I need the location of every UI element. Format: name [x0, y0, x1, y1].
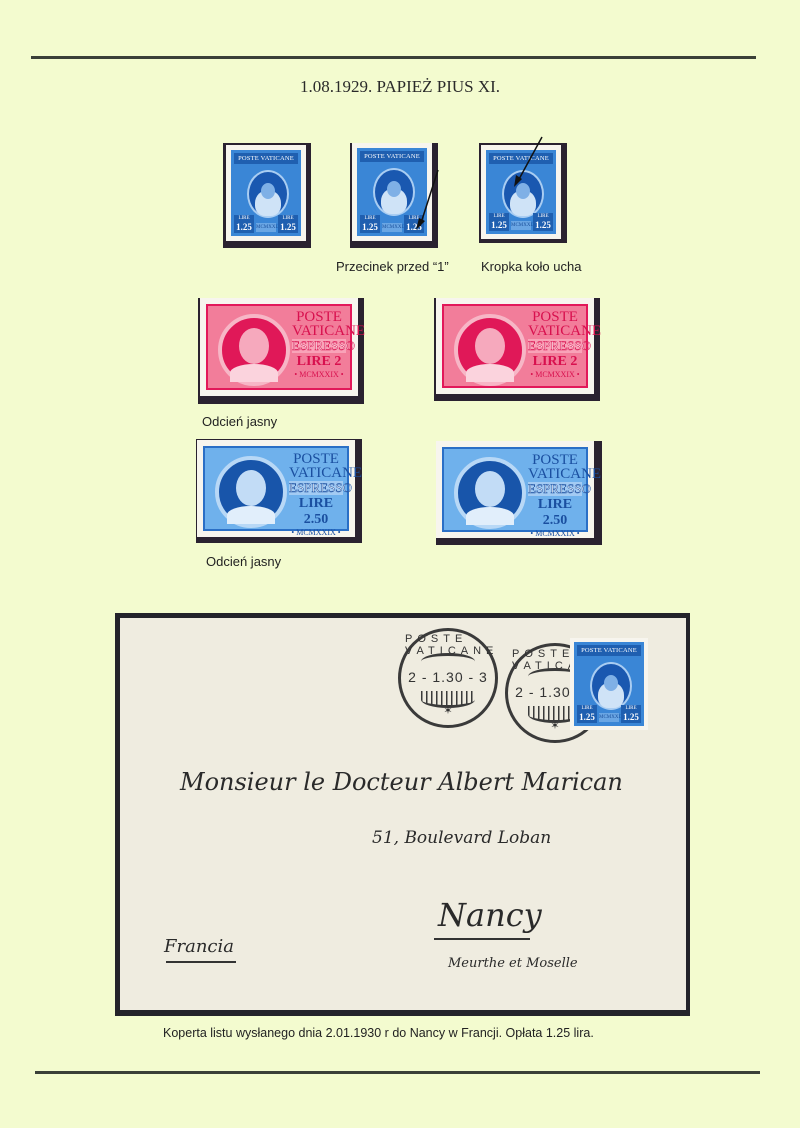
cover-caption: Koperta listu wysłanego dnia 2.01.1930 r…: [163, 1026, 594, 1040]
address-city: Nancy: [438, 896, 542, 934]
bottom-rule: [35, 1071, 760, 1074]
caption-light-shade-red: Odcień jasny: [202, 414, 277, 429]
address-region: Meurthe et Moselle: [448, 956, 578, 971]
star-icon: ✶: [401, 704, 495, 717]
caption-light-shade-blue: Odcień jasny: [206, 554, 281, 569]
address-country: Francia: [164, 936, 234, 957]
top-rule: [31, 56, 756, 59]
portrait-icon: [218, 314, 290, 386]
arrow-icon: [510, 135, 545, 190]
address-line-1: Monsieur le Docteur Albert Marican: [180, 768, 623, 796]
arrow-icon: [410, 168, 440, 233]
portrait-icon: [215, 456, 287, 528]
portrait-icon: [454, 314, 526, 386]
address-line-2: 51, Boulevard Loban: [372, 828, 551, 848]
postmark-1: POSTE VATICANE 2 - 1.30 - 3 ✶: [398, 628, 498, 728]
portrait-icon: [590, 662, 632, 710]
portrait-icon: [454, 457, 526, 529]
cover-envelope: POSTE VATICANE 2 - 1.30 - 3 ✶ POSTE VATI…: [120, 618, 686, 1010]
caption-dot-variety: Kropka koło ucha: [481, 259, 581, 274]
city-underline: [434, 938, 530, 940]
cover-stamp: POSTE VATICANE LIRE1.25 MCMXXIX LIRE1.25: [570, 638, 648, 730]
portrait-icon: [247, 170, 289, 218]
caption-comma-variety: Przecinek przed “1”: [336, 259, 449, 274]
country-underline: [166, 961, 236, 963]
page-title: 1.08.1929. PAPIEŻ PIUS XI.: [0, 77, 800, 97]
portrait-icon: [373, 168, 415, 216]
